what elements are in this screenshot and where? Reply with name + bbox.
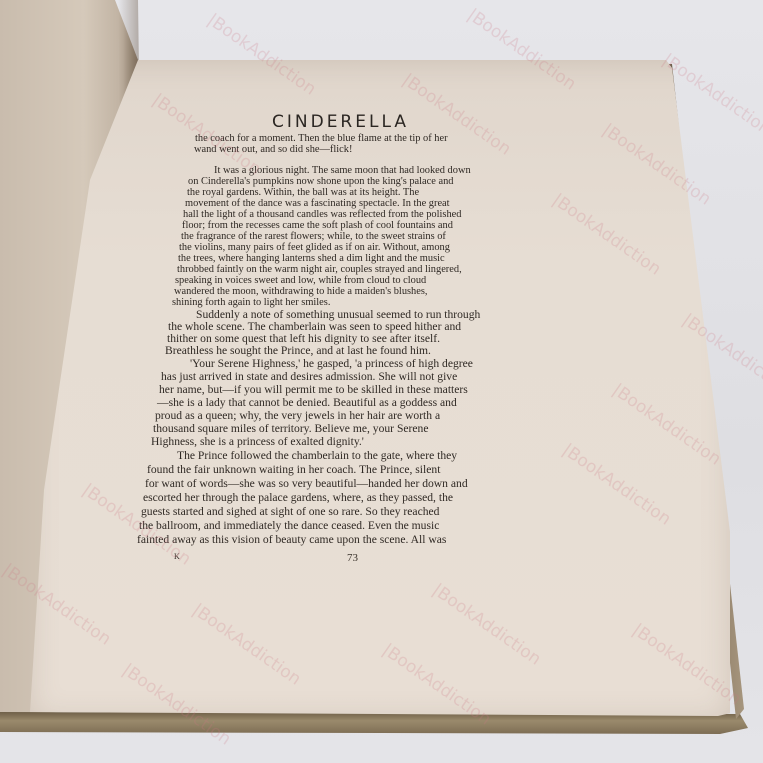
text-line: thousand square miles of territory. Beli… [153, 422, 428, 435]
text-line: The Prince followed the chamberlain to t… [177, 449, 457, 462]
text-line: 'Your Serene Highness,' he gasped, 'a pr… [190, 357, 473, 370]
text-line: fainted away as this vision of beauty ca… [137, 533, 446, 546]
text-line: for want of words—she was so very beauti… [145, 477, 468, 490]
text-line: escorted her through the palace gardens,… [143, 491, 453, 504]
text-line: Highness, she is a princess of exalted d… [151, 435, 364, 448]
text-line: found the fair unknown waiting in her co… [147, 463, 440, 476]
text-line: —she is a lady that cannot be denied. Be… [157, 396, 457, 409]
page-number: 73 [347, 552, 358, 564]
text-line: Breathless he sought the Prince, and at … [165, 344, 431, 357]
text-line: her name, but—if you will permit me to b… [159, 383, 468, 396]
text-line: the ballroom, and immediately the dance … [139, 519, 439, 532]
text-line: guests started and sighed at sight of on… [141, 505, 439, 518]
text-line: proud as a queen; why, the very jewels i… [155, 409, 440, 422]
text-line: has just arrived in state and desires ad… [161, 370, 457, 383]
page-title: CINDERELLA [272, 112, 409, 132]
